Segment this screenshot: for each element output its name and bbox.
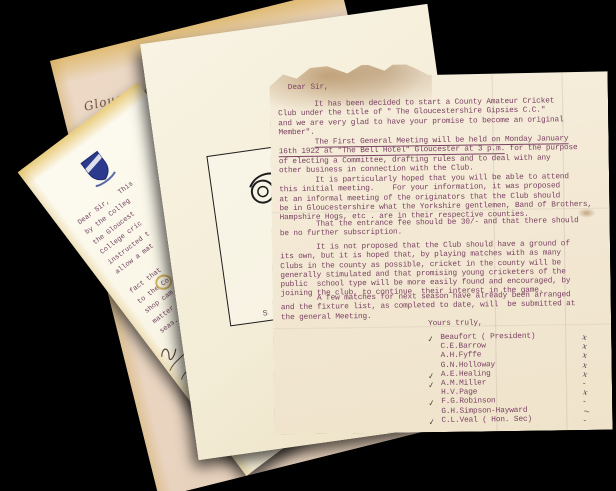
signatory-list: ✓Beaufort ( President)C.E.BarrowA.H.Fyff… xyxy=(427,333,536,426)
letter-paragraph: It has been decided to start a County Am… xyxy=(278,97,604,139)
check-mark-icon: ✓ xyxy=(428,416,442,427)
closing: Yours truly, xyxy=(428,319,482,328)
signatory-row: ✓C.L.Veal ( Hon. Sec) xyxy=(428,415,536,426)
letter-paragraph: It is particularly hoped that you will b… xyxy=(279,173,606,224)
college-shield-crest-icon xyxy=(76,147,119,191)
margin-marks: xxxxx-x-~- xyxy=(582,333,590,425)
salutation: Dear Sir, xyxy=(288,84,329,93)
signatory-name: C.L.Veal ( Hon. Sec) xyxy=(441,415,532,425)
signatory-name: Beaufort ( President) xyxy=(440,333,535,344)
gipsies-invitation-letter: Dear Sir, It has been decided to start a… xyxy=(269,56,612,435)
letter-paragraph: The First General Meeting will be held o… xyxy=(279,135,605,177)
letter-paragraph: A few matches for next season have alrea… xyxy=(281,291,607,323)
photo-of-documents: Gloucestershire Gypsies North Devon Tour… xyxy=(0,0,616,491)
signatory-name: H.V.Page xyxy=(441,389,477,399)
typed-mark: S xyxy=(262,309,268,319)
margin-mark: - xyxy=(583,415,591,425)
signatory-name: A.M.Miller xyxy=(441,379,486,389)
letter-paragraph: That the entrance fee should be 30/- and… xyxy=(280,217,606,240)
